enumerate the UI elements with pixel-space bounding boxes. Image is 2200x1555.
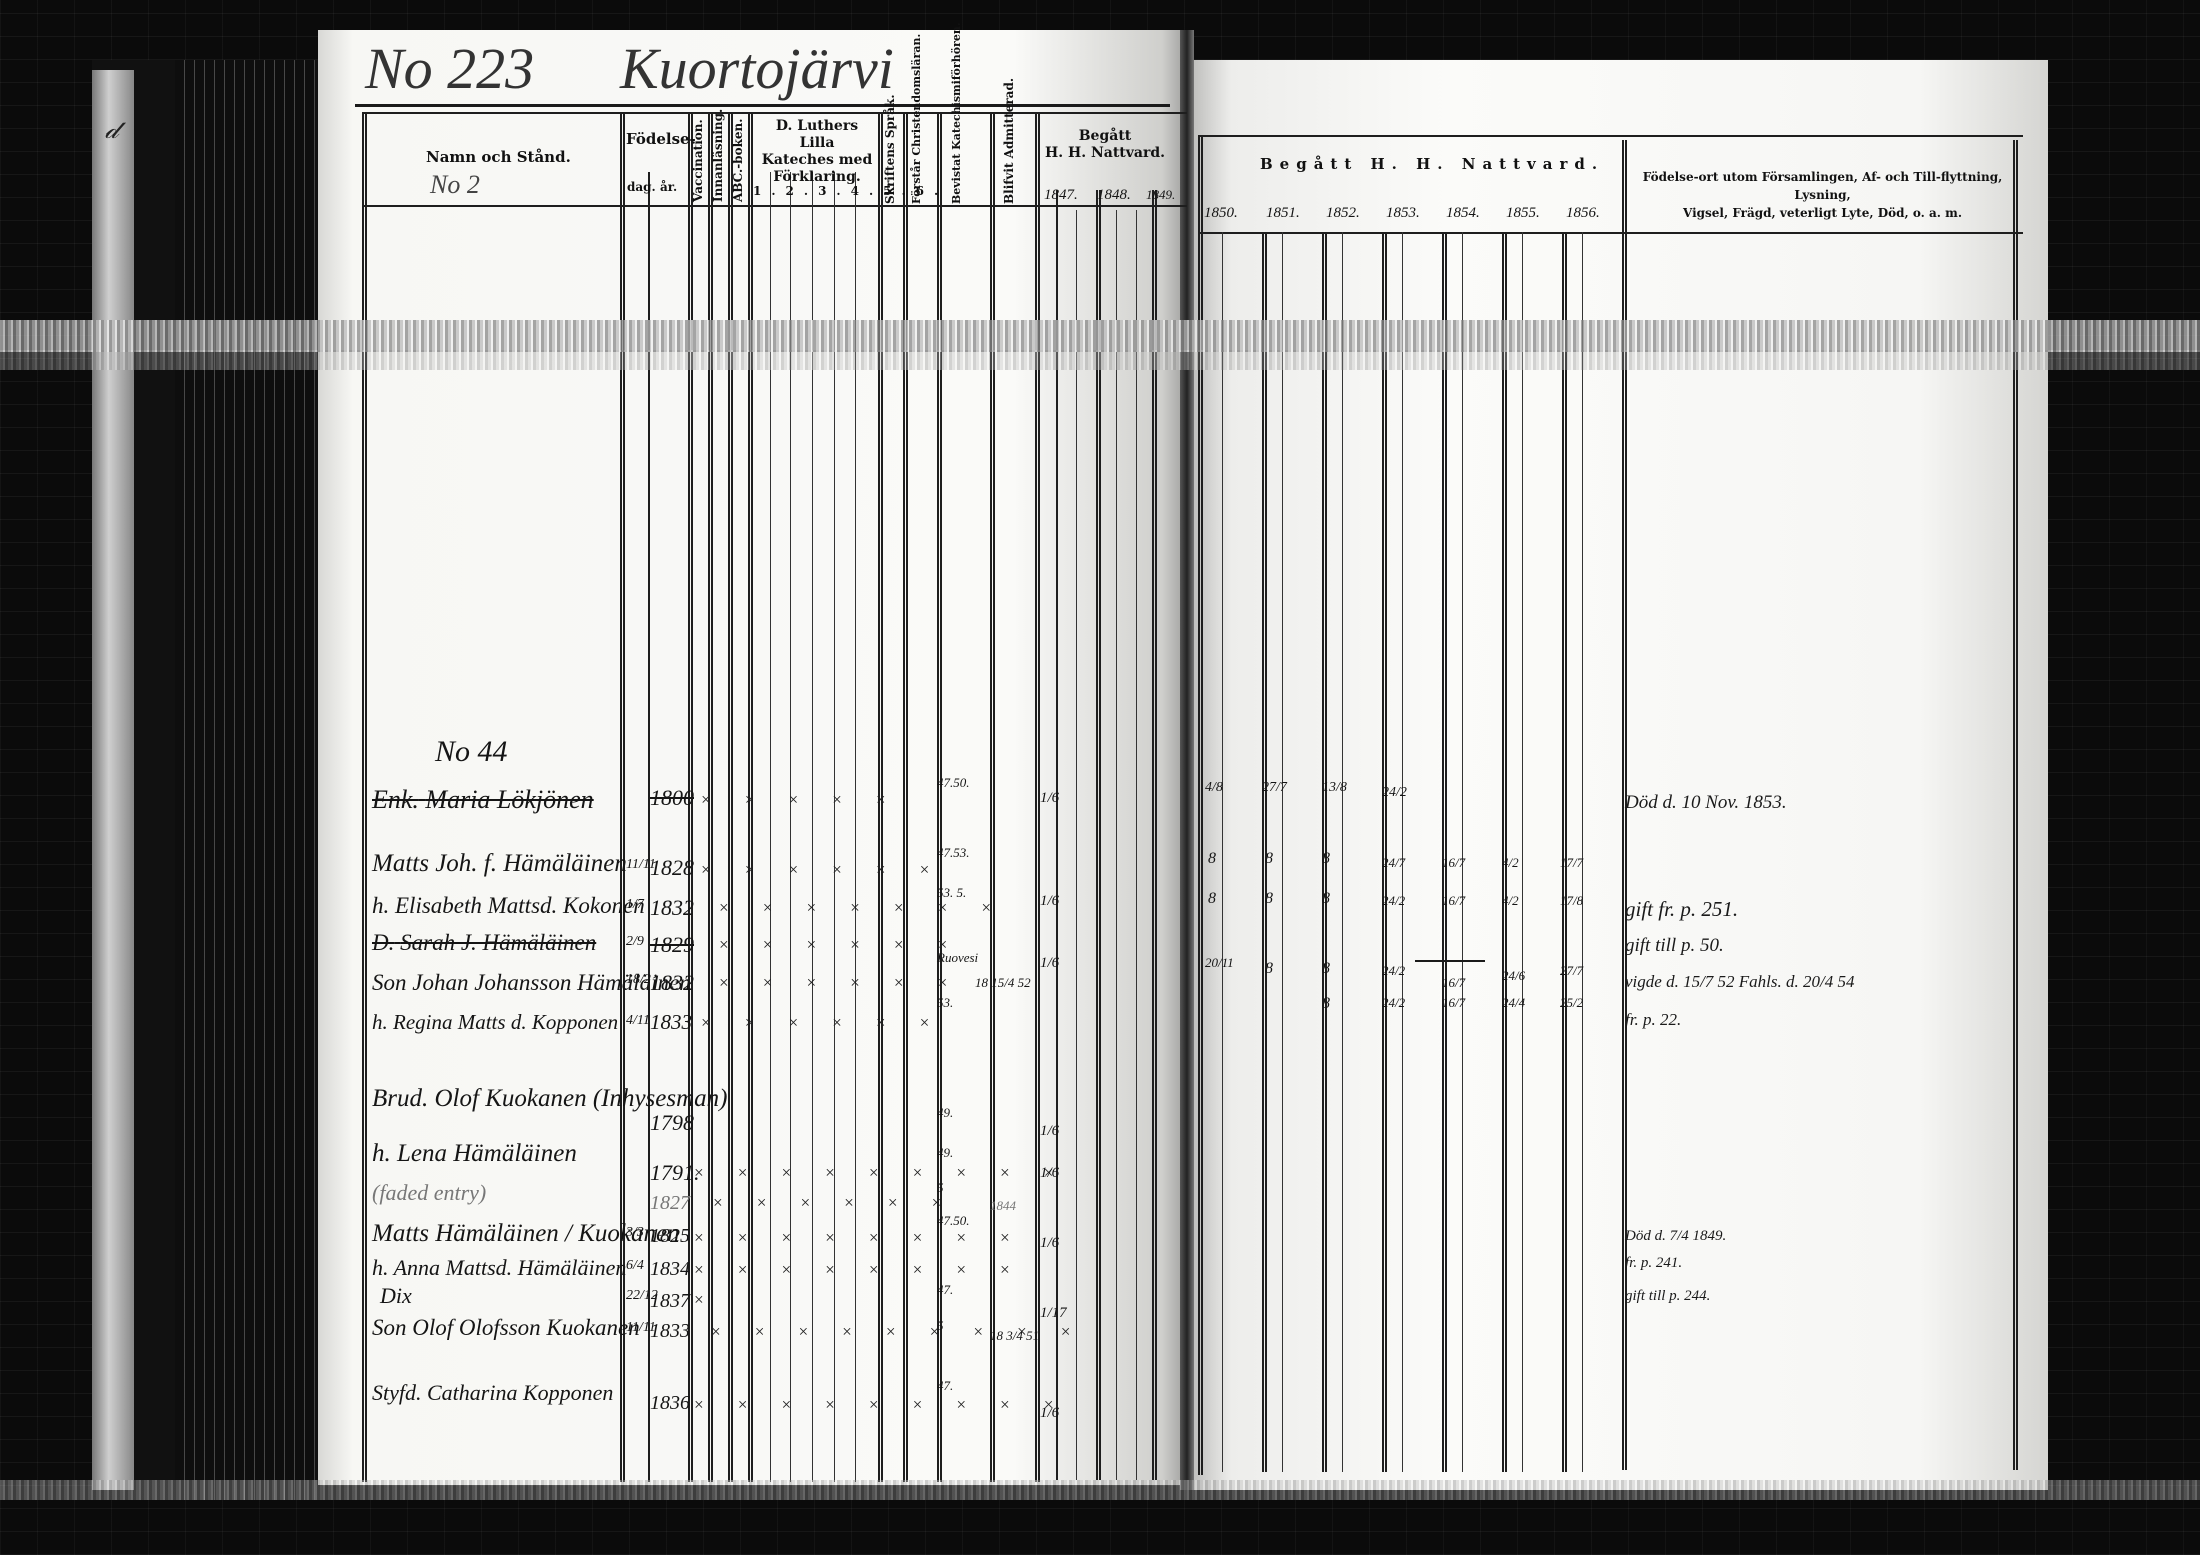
entry-name: (faded entry) <box>372 1180 486 1206</box>
entry-marks: × × × × × <box>700 790 900 810</box>
remarks-line: Vigsel, Frägd, veterligt Lyte, Död, o. a… <box>1630 204 2015 222</box>
nattvard-value: 13/8 <box>1322 780 1347 796</box>
entry-day: 4/11 <box>626 1013 650 1029</box>
col-line <box>1342 232 1343 1472</box>
entry-nattvard-1847: 1/17 <box>1040 1305 1067 1322</box>
header-bevistat: Bevistat Katechismiförhören. <box>950 118 963 204</box>
previous-page-mark: 𝒹 <box>105 115 118 146</box>
entry-prefix: Styfd. <box>372 1380 422 1405</box>
entry-nattvard-1847: 1/6 <box>1040 1123 1059 1140</box>
col-line <box>1136 210 1137 1480</box>
right-page <box>1188 60 2048 1490</box>
year-1852: 1852. <box>1326 205 1360 222</box>
entry-forstar: 49. <box>937 1105 953 1121</box>
entry-forstar: 47. <box>937 1378 953 1394</box>
title-rule <box>355 104 1170 107</box>
entry-prefix: h. <box>372 1140 391 1167</box>
nattvard-value: 27/7 <box>1262 780 1287 796</box>
previous-page-strip <box>92 70 134 1490</box>
col-line <box>1096 190 1101 1480</box>
entry-name-text: Sarah J. Hämäläinen <box>400 930 596 955</box>
entry-forstar: 47. <box>937 1282 953 1298</box>
entry-marks: × × × × × × <box>712 1193 956 1213</box>
nattvard-value: 24/2 <box>1382 963 1405 979</box>
entry-year: 1800 <box>650 785 694 811</box>
entry-name: h. Regina Matts d. Kopponen <box>372 1010 618 1035</box>
part: 1. <box>753 184 786 198</box>
header-nattvard-right: Begått H. H. Nattvard. <box>1260 155 1604 173</box>
entry-marks: × <box>693 1290 718 1310</box>
col-line <box>1522 232 1523 1472</box>
col-line <box>1562 232 1567 1472</box>
col-line <box>1222 232 1223 1472</box>
year-1855: 1855. <box>1506 205 1540 222</box>
col-line <box>1152 190 1157 1480</box>
entry-year: 1832 <box>650 970 694 996</box>
entry-year: 1833 <box>650 1010 692 1035</box>
entry-marks: × × × × × × × × × <box>693 1163 1068 1183</box>
header-name-col: Namn och Stånd. <box>426 148 571 166</box>
entry-name-text: Olof Olofsson Kuokanen <box>412 1315 639 1340</box>
header-vaccination: Vaccination. <box>692 120 705 202</box>
col-line <box>362 112 367 1482</box>
entry-marks: × × × × × × <box>718 973 962 993</box>
entry-nattvard-1847: 1/6 <box>1040 1165 1059 1182</box>
entry-year: 1832 <box>650 895 694 921</box>
entry-forstar: 5 <box>937 1318 944 1334</box>
entry-year: 1798 <box>650 1110 694 1136</box>
entry-nattvard-1847: 1/6 <box>1040 790 1059 807</box>
entry-prefix: h. <box>372 1010 388 1034</box>
entry-name-text: Maria Lökjönen <box>425 785 593 814</box>
year-1856: 1856. <box>1566 205 1600 222</box>
entry-name-text: Anna Mattsd. Hämäläinen <box>394 1255 627 1280</box>
entry-nattvard-1847: 1/6 <box>1040 955 1059 972</box>
entry-name-text: Olof Kuokanen (Inhysesman) <box>435 1085 728 1112</box>
nattvard-value: 24/7 <box>1382 855 1405 871</box>
entry-forstar: 5 <box>937 1180 944 1196</box>
nattvard-line: Begått <box>1045 128 1165 145</box>
entry-nattvard-1847: 1/6 <box>1040 1405 1059 1422</box>
entry-year: 1829 <box>650 932 694 958</box>
nattvard-value: 8 <box>1265 850 1273 868</box>
header-catechism: D. Luthers Lilla Kateches med Förklaring… <box>758 118 876 186</box>
nattvard-value: 24/2 <box>1382 785 1407 801</box>
nattvard-value: 17/7 <box>1560 855 1583 871</box>
entry-marks: × × × × × × × × × <box>693 1395 1068 1415</box>
year-1847: 1847. <box>1044 187 1078 204</box>
entry-prefix: Enk. <box>372 785 419 814</box>
nattvard-value: 8 <box>1208 890 1216 908</box>
year-1848: 1848. <box>1097 187 1131 204</box>
nattvard-line: H. H. Nattvard. <box>1045 145 1165 162</box>
village-heading: Kuortojärvi <box>620 35 894 102</box>
entry-nattvard-1847: 1/6 <box>1040 1235 1059 1252</box>
entry-name: h. Lena Hämäläinen <box>372 1140 577 1168</box>
header-remarks: Födelse-ort utom Församlingen, Af- och T… <box>1630 168 2015 222</box>
entry-marks: × × × × × × <box>718 935 962 955</box>
year-1851: 1851. <box>1266 205 1300 222</box>
year-1854: 1854. <box>1446 205 1480 222</box>
entry-prefix: Brud. <box>372 1085 428 1112</box>
remark: gift till p. 244. <box>1625 1288 1710 1305</box>
header-innanlasning: Innanläsning. <box>712 120 725 202</box>
remark: fr. p. 241. <box>1625 1255 1682 1272</box>
year-1849: 1849. <box>1146 187 1175 203</box>
entry-name-text: Elisabeth Mattsd. Kokonen <box>395 893 645 918</box>
header-top-rule-left <box>362 112 1187 114</box>
year-1850: 1850. <box>1204 205 1238 222</box>
catechism-line: D. Luthers Lilla <box>758 118 876 152</box>
col-line <box>1056 190 1058 1480</box>
nattvard-value: 25/2 <box>1560 995 1583 1011</box>
header-birth-year: år. <box>660 180 677 194</box>
remark: Död d. 10 Nov. 1853. <box>1625 792 1787 814</box>
col-line <box>1442 232 1447 1472</box>
remark: Död d. 7/4 1849. <box>1625 1228 1726 1245</box>
entry-marks: × × × × × × × × <box>693 1228 1025 1248</box>
strike-line <box>1415 960 1485 962</box>
entry-name-text: (faded entry) <box>372 1180 486 1205</box>
catechism-line: Kateches med <box>758 152 876 169</box>
nattvard-value: 20/11 <box>1205 955 1234 971</box>
col-line <box>1502 232 1507 1472</box>
scan-artifact-band <box>0 350 2200 370</box>
nattvard-value: 24/2 <box>1382 893 1405 909</box>
entry-name: Matts Joh. f. Hämäläinen <box>372 850 627 878</box>
entry-prefix: D. <box>372 930 394 955</box>
entry-day: 1/7 <box>626 897 644 913</box>
entry-name: Brud. Olof Kuokanen (Inhysesman) <box>372 1085 728 1113</box>
entry-prefix: h. <box>372 893 389 918</box>
entry-forstar: 49. <box>937 1145 953 1161</box>
nattvard-value: 4/2 <box>1502 893 1519 909</box>
col-line <box>1462 232 1463 1472</box>
nattvard-value: 27/7 <box>1560 963 1583 979</box>
col-line <box>1402 232 1403 1472</box>
header-bottom-rule-left <box>362 205 1187 207</box>
scan-artifact-band <box>0 1480 2200 1500</box>
entry-forstar: 47.50. <box>937 1213 970 1229</box>
entry-forstar: 53. 5. <box>937 885 966 901</box>
nattvard-value: 16/7 <box>1442 855 1465 871</box>
entry-year: 1836 <box>650 1392 690 1415</box>
col-line <box>1076 210 1077 1480</box>
col-line <box>1382 232 1387 1472</box>
entry-admitted: 1844 <box>990 1198 1016 1214</box>
entry-name-text: Matts Joh. f. Hämäläinen <box>372 850 627 877</box>
entry-admitted: 18 3/4 51 <box>990 1328 1039 1344</box>
entry-name-text: Lena Hämäläinen <box>397 1140 577 1167</box>
entry-name: D. Sarah J. Hämäläinen <box>372 930 596 956</box>
col-line <box>1116 210 1117 1480</box>
nattvard-value: 4/2 <box>1502 855 1519 871</box>
header-birth: Födelse- <box>626 130 696 148</box>
entry-year: 1828 <box>650 855 694 881</box>
header-forstar: Förstår Christendomsläran. <box>910 118 923 204</box>
entry-year: 1833 <box>650 1320 690 1343</box>
nattvard-value: 17/8 <box>1560 893 1583 909</box>
household-marker: No 44 <box>435 735 508 769</box>
section-marker: No 2 <box>430 170 480 200</box>
nattvard-value: 8 <box>1322 850 1330 868</box>
entry-name: h. Elisabeth Mattsd. Kokonen <box>372 893 645 919</box>
part: 2. <box>786 184 819 198</box>
entry-prefix: Son <box>372 970 407 995</box>
entry-marks: × × × × × × × × <box>693 1260 1025 1280</box>
nattvard-value: 24/2 <box>1382 995 1405 1011</box>
entry-nattvard-1847: 1/6 <box>1040 893 1059 910</box>
entry-year: 1825 <box>650 1225 690 1248</box>
entry-marks: × × × × × × <box>700 1013 944 1033</box>
entry-prefix: h. <box>372 1255 389 1280</box>
nattvard-value: 4/8 <box>1205 780 1223 796</box>
scan-artifact-band <box>0 320 2200 352</box>
nattvard-value: 24/4 <box>1502 995 1525 1011</box>
entry-year: 1827 <box>650 1192 690 1215</box>
part: 3. <box>818 184 851 198</box>
header-admitterad: Blifvit Admitterad. <box>1003 118 1016 204</box>
entry-name: Son Olof Olofsson Kuokanen <box>372 1315 640 1341</box>
entry-name: Enk. Maria Lökjönen <box>372 785 594 815</box>
entry-forstar: 53. <box>937 995 953 1011</box>
nattvard-value: 8 <box>1208 850 1216 868</box>
previous-page-ruling <box>175 60 315 1500</box>
entry-day: 3/3 <box>626 1225 644 1241</box>
page-number-label: No 223 <box>365 35 534 102</box>
nattvard-value: 8 <box>1322 890 1330 908</box>
part: 4. <box>851 184 884 198</box>
header-top-rule-right <box>1198 135 2023 137</box>
nattvard-value: 24/6 <box>1502 968 1525 984</box>
entry-forstar: Ruovesi <box>937 950 978 966</box>
header-skriftens-sprak: Skriftens Språk. <box>884 118 897 204</box>
nattvard-value: 8 <box>1322 960 1330 978</box>
entry-name-text: Regina Matts d. Kopponen <box>393 1010 618 1034</box>
entry-forstar: 47.50. <box>937 775 970 791</box>
remark: gift fr. p. 251. <box>1625 897 1738 922</box>
nattvard-value: 8 <box>1322 995 1330 1013</box>
remarks-line: Födelse-ort utom Församlingen, Af- och T… <box>1630 168 2015 204</box>
header-abc-boken: ABC.-boken. <box>732 120 745 202</box>
nattvard-value: 16/7 <box>1442 995 1465 1011</box>
remark: fr. p. 22. <box>1625 1010 1681 1030</box>
entry-name-text: Catharina Kopponen <box>427 1380 613 1405</box>
nattvard-value: 16/7 <box>1442 975 1465 991</box>
entry-marks: × × × × × × <box>700 860 944 880</box>
entry-name-text: Dix <box>380 1283 412 1308</box>
entry-day: 2/9 <box>626 934 644 950</box>
remark: vigde d. 15/7 52 Fahls. d. 20/4 54 <box>1625 972 1854 992</box>
nattvard-value: 8 <box>1265 890 1273 908</box>
col-line <box>1282 232 1283 1472</box>
entry-year: 1834 <box>650 1258 690 1281</box>
entry-prefix: Son <box>372 1315 407 1340</box>
col-line <box>1582 232 1583 1472</box>
entry-name: Dix <box>380 1283 412 1309</box>
remark: gift till p. 50. <box>1625 935 1724 957</box>
entry-day: 18/2 <box>626 972 651 988</box>
year-1853: 1853. <box>1386 205 1420 222</box>
header-birth-day: dag. <box>627 180 656 194</box>
entry-name: Styfd. Catharina Kopponen <box>372 1380 613 1406</box>
nattvard-value: 8 <box>1265 960 1273 978</box>
book-spine <box>1180 30 1194 1490</box>
entry-admitted: 18 15/4 52 <box>975 975 1031 991</box>
entry-name: h. Anna Mattsd. Hämäläinen <box>372 1255 626 1281</box>
entry-day: 6/4 <box>626 1258 644 1274</box>
entry-forstar: 47.53. <box>937 845 970 861</box>
entry-marks: × × × × × × × <box>718 898 1006 918</box>
nattvard-value: 16/7 <box>1442 893 1465 909</box>
header-nattvard-left: Begått H. H. Nattvard. <box>1045 128 1165 162</box>
entry-year: 1837 <box>650 1290 690 1313</box>
